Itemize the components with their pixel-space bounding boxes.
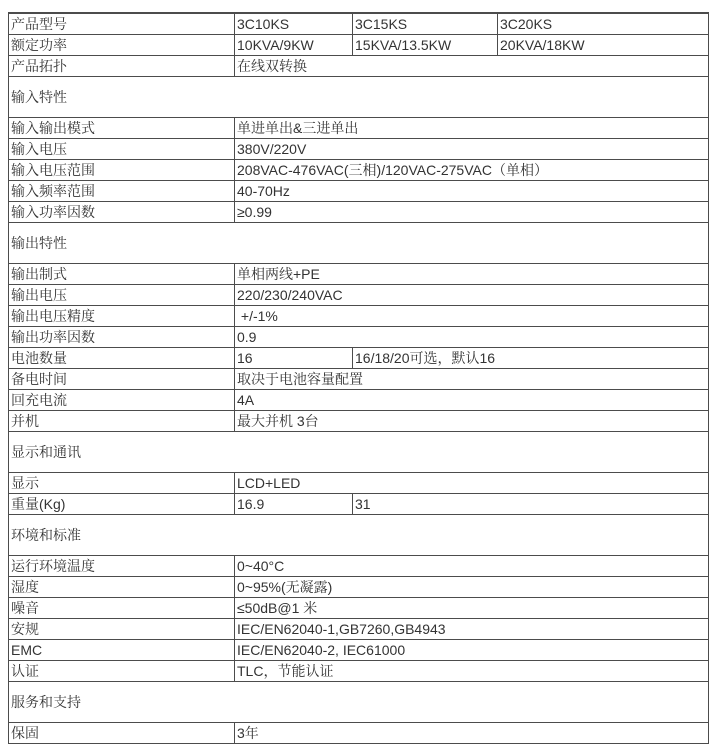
- cell-value: 0~95%(无凝露): [235, 577, 709, 598]
- table-row: 安规IEC/EN62040-1,GB7260,GB4943: [9, 619, 709, 640]
- cell-value: 0~40°C: [235, 556, 709, 577]
- table-row: 认证TLC，节能认证: [9, 661, 709, 682]
- section-title: 输入特性: [9, 77, 709, 118]
- row-label: 保固: [9, 723, 235, 744]
- row-label: 产品型号: [9, 13, 235, 35]
- spec-table-body: 产品型号3C10KS3C15KS3C20KS额定功率10KVA/9KW15KVA…: [9, 13, 709, 744]
- row-label: 噪音: [9, 598, 235, 619]
- section-row: 输入特性: [9, 77, 709, 118]
- cell-value: +/-1%: [235, 306, 709, 327]
- cell-value: 3C10KS: [235, 13, 353, 35]
- cell-value: 4A: [235, 390, 709, 411]
- row-label: 安规: [9, 619, 235, 640]
- cell-value: 单进单出&三进单出: [235, 118, 709, 139]
- row-label: 输出电压精度: [9, 306, 235, 327]
- row-label: 产品拓扑: [9, 56, 235, 77]
- cell-value: TLC，节能认证: [235, 661, 709, 682]
- row-label: 输出制式: [9, 264, 235, 285]
- row-label: 显示: [9, 473, 235, 494]
- cell-value: 16/18/20可选，默认16: [353, 348, 709, 369]
- table-row: 输入电压范围208VAC-476VAC(三相)/120VAC-275VAC（单相…: [9, 160, 709, 181]
- cell-value: 31: [353, 494, 709, 515]
- row-label: 湿度: [9, 577, 235, 598]
- table-row: EMCIEC/EN62040-2, IEC61000: [9, 640, 709, 661]
- row-label: EMC: [9, 640, 235, 661]
- cell-value: 3年: [235, 723, 709, 744]
- cell-value: 10KVA/9KW: [235, 35, 353, 56]
- row-label: 输入功率因数: [9, 202, 235, 223]
- cell-value: 3C15KS: [353, 13, 498, 35]
- row-label: 输入电压范围: [9, 160, 235, 181]
- row-label: 重量(Kg): [9, 494, 235, 515]
- section-title: 服务和支持: [9, 682, 709, 723]
- table-row: 回充电流4A: [9, 390, 709, 411]
- table-row: 产品拓扑在线双转换: [9, 56, 709, 77]
- table-row: 输出功率因数0.9: [9, 327, 709, 348]
- table-row: 并机最大并机 3台: [9, 411, 709, 432]
- row-label: 输入输出模式: [9, 118, 235, 139]
- cell-value: 3C20KS: [498, 13, 709, 35]
- cell-value: IEC/EN62040-2, IEC61000: [235, 640, 709, 661]
- row-label: 回充电流: [9, 390, 235, 411]
- product-spec-table: 产品型号3C10KS3C15KS3C20KS额定功率10KVA/9KW15KVA…: [8, 12, 709, 744]
- cell-value: IEC/EN62040-1,GB7260,GB4943: [235, 619, 709, 640]
- row-label: 额定功率: [9, 35, 235, 56]
- table-row: 保固3年: [9, 723, 709, 744]
- row-label: 输出功率因数: [9, 327, 235, 348]
- cell-value: 最大并机 3台: [235, 411, 709, 432]
- table-row: 产品型号3C10KS3C15KS3C20KS: [9, 13, 709, 35]
- section-title: 输出特性: [9, 223, 709, 264]
- row-label: 备电时间: [9, 369, 235, 390]
- cell-value: 40-70Hz: [235, 181, 709, 202]
- cell-value: 380V/220V: [235, 139, 709, 160]
- table-row: 输入电压380V/220V: [9, 139, 709, 160]
- section-title: 显示和通讯: [9, 432, 709, 473]
- table-row: 电池数量1616/18/20可选，默认16: [9, 348, 709, 369]
- table-row: 输出制式单相两线+PE: [9, 264, 709, 285]
- table-row: 额定功率10KVA/9KW15KVA/13.5KW20KVA/18KW: [9, 35, 709, 56]
- section-row: 显示和通讯: [9, 432, 709, 473]
- cell-value: ≥0.99: [235, 202, 709, 223]
- table-row: 重量(Kg)16.931: [9, 494, 709, 515]
- row-label: 认证: [9, 661, 235, 682]
- cell-value: 单相两线+PE: [235, 264, 709, 285]
- table-row: 显示LCD+LED: [9, 473, 709, 494]
- cell-value: 16.9: [235, 494, 353, 515]
- row-label: 输入电压: [9, 139, 235, 160]
- row-label: 电池数量: [9, 348, 235, 369]
- cell-value: 0.9: [235, 327, 709, 348]
- section-row: 输出特性: [9, 223, 709, 264]
- table-row: 备电时间取决于电池容量配置: [9, 369, 709, 390]
- cell-value: 16: [235, 348, 353, 369]
- cell-value: 15KVA/13.5KW: [353, 35, 498, 56]
- cell-value: 在线双转换: [235, 56, 709, 77]
- row-label: 运行环境温度: [9, 556, 235, 577]
- section-row: 环境和标准: [9, 515, 709, 556]
- cell-value: LCD+LED: [235, 473, 709, 494]
- row-label: 输出电压: [9, 285, 235, 306]
- section-title: 环境和标准: [9, 515, 709, 556]
- table-row: 噪音≤50dB@1 米: [9, 598, 709, 619]
- cell-value: 208VAC-476VAC(三相)/120VAC-275VAC（单相）: [235, 160, 709, 181]
- cell-value: 220/230/240VAC: [235, 285, 709, 306]
- table-row: 输出电压220/230/240VAC: [9, 285, 709, 306]
- table-row: 湿度0~95%(无凝露): [9, 577, 709, 598]
- table-row: 输入输出模式单进单出&三进单出: [9, 118, 709, 139]
- row-label: 输入频率范围: [9, 181, 235, 202]
- section-row: 服务和支持: [9, 682, 709, 723]
- table-row: 输入频率范围40-70Hz: [9, 181, 709, 202]
- cell-value: 取决于电池容量配置: [235, 369, 709, 390]
- cell-value: 20KVA/18KW: [498, 35, 709, 56]
- table-row: 运行环境温度0~40°C: [9, 556, 709, 577]
- table-row: 输入功率因数≥0.99: [9, 202, 709, 223]
- cell-value: ≤50dB@1 米: [235, 598, 709, 619]
- row-label: 并机: [9, 411, 235, 432]
- table-row: 输出电压精度 +/-1%: [9, 306, 709, 327]
